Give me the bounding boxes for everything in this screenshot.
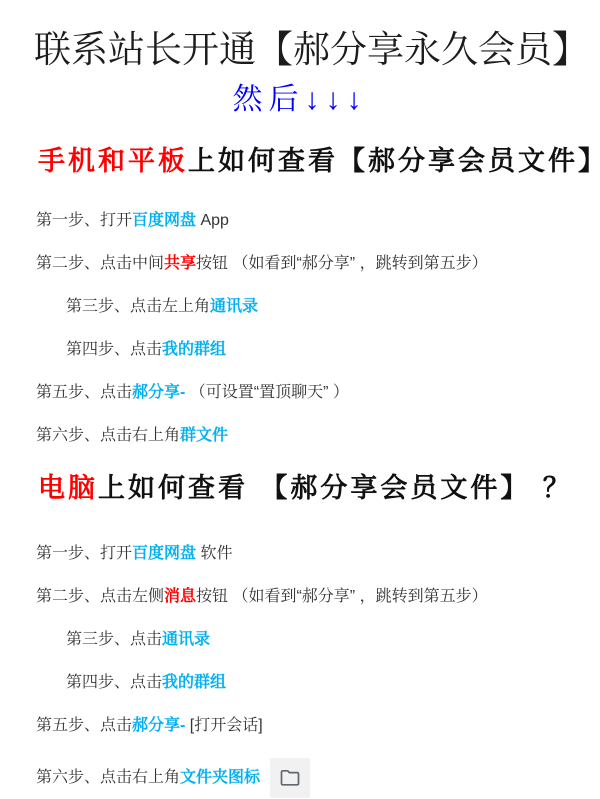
section-heading-pc: 电脑上如何查看 【郝分享会员文件】 ？ xyxy=(38,471,600,507)
step-line: 第三步、点击通讯录 xyxy=(36,629,600,651)
sections-root: 手机和平板上如何查看【郝分享会员文件】?第一步、打开百度网盘 App第二步、点击… xyxy=(0,144,600,798)
step-line: 第三步、点击左上角通讯录 xyxy=(36,296,600,318)
step-line: 第五步、点击郝分享- （可设置“置顶聊天” ） xyxy=(36,382,600,404)
step-text: 第一步、打开 xyxy=(36,545,132,562)
step-line: 第六步、点击右上角群文件 xyxy=(36,425,600,447)
step-line: 第四步、点击我的群组 xyxy=(36,672,600,694)
section-pc: 电脑上如何查看 【郝分享会员文件】 ？第一步、打开百度网盘 软件第二步、点击左侧… xyxy=(0,471,600,798)
step-text: 第四步、点击 xyxy=(66,674,162,691)
step-text: 第六步、点击右上角 xyxy=(36,427,180,444)
step-text: 第三步、点击左上角 xyxy=(66,298,210,315)
step-highlight: 群文件 xyxy=(180,427,228,444)
step-text: 第五步、点击 xyxy=(36,717,132,734)
section-mobile: 手机和平板上如何查看【郝分享会员文件】?第一步、打开百度网盘 App第二步、点击… xyxy=(0,144,600,447)
step-highlight: 共享 xyxy=(164,255,196,272)
step-line: 第一步、打开百度网盘 软件 xyxy=(36,543,600,565)
step-highlight: 文件夹图标 xyxy=(180,769,260,786)
step-line: 第四步、点击我的群组 xyxy=(36,339,600,361)
step-text: （可设置“置顶聊天” ） xyxy=(185,384,349,401)
section-heading-mobile: 手机和平板上如何查看【郝分享会员文件】? xyxy=(38,144,600,180)
step-text: 第五步、点击 xyxy=(36,384,132,401)
step-text: 按钮 （如看到“郝分享” ，跳转到第五步） xyxy=(196,255,488,272)
document-page: 联系站长开通【郝分享永久会员】 然后↓↓↓ 手机和平板上如何查看【郝分享会员文件… xyxy=(0,0,600,799)
step-text: 第三步、点击 xyxy=(66,631,162,648)
step-highlight: 通讯录 xyxy=(162,631,210,648)
step-text: 第二步、点击左侧 xyxy=(36,588,164,605)
subtitle-arrows: 然后↓↓↓ xyxy=(0,80,600,120)
heading-text: 上如何查看 【郝分享会员文件】 ？ xyxy=(98,473,573,504)
step-text: 按钮 （如看到“郝分享” ，跳转到第五步） xyxy=(196,588,488,605)
step-text: 第二步、点击中间 xyxy=(36,255,164,272)
step-text: [打开会话] xyxy=(185,717,262,734)
heading-text: 手机和平板 xyxy=(38,146,188,177)
step-highlight: 我的群组 xyxy=(162,674,226,691)
step-text: 第四步、点击 xyxy=(66,341,162,358)
step-text: App xyxy=(196,212,229,229)
step-highlight: 郝分享- xyxy=(132,384,185,401)
step-text: 第一步、打开 xyxy=(36,212,132,229)
step-highlight: 百度网盘 xyxy=(132,545,196,562)
step-text: 软件 xyxy=(196,545,232,562)
heading-text: 上如何查看【郝分享会员文件】? xyxy=(188,146,600,177)
folder-icon xyxy=(270,758,310,798)
heading-text: 电脑 xyxy=(38,473,98,504)
steps-pc: 第一步、打开百度网盘 软件第二步、点击左侧消息按钮 （如看到“郝分享” ，跳转到… xyxy=(36,543,600,798)
step-text: 第六步、点击右上角 xyxy=(36,769,180,786)
step-highlight: 通讯录 xyxy=(210,298,258,315)
steps-mobile: 第一步、打开百度网盘 App第二步、点击中间共享按钮 （如看到“郝分享” ，跳转… xyxy=(36,210,600,447)
step-highlight: 我的群组 xyxy=(162,341,226,358)
step-highlight: 百度网盘 xyxy=(132,212,196,229)
step-line: 第二步、点击左侧消息按钮 （如看到“郝分享” ，跳转到第五步） xyxy=(36,586,600,608)
step-line: 第五步、点击郝分享- [打开会话] xyxy=(36,715,600,737)
step-line: 第六步、点击右上角文件夹图标 xyxy=(36,758,600,798)
step-highlight: 郝分享- xyxy=(132,717,185,734)
step-line: 第一步、打开百度网盘 App xyxy=(36,210,600,232)
page-title: 联系站长开通【郝分享永久会员】 xyxy=(34,26,596,74)
step-line: 第二步、点击中间共享按钮 （如看到“郝分享” ，跳转到第五步） xyxy=(36,253,600,275)
step-highlight: 消息 xyxy=(164,588,196,605)
